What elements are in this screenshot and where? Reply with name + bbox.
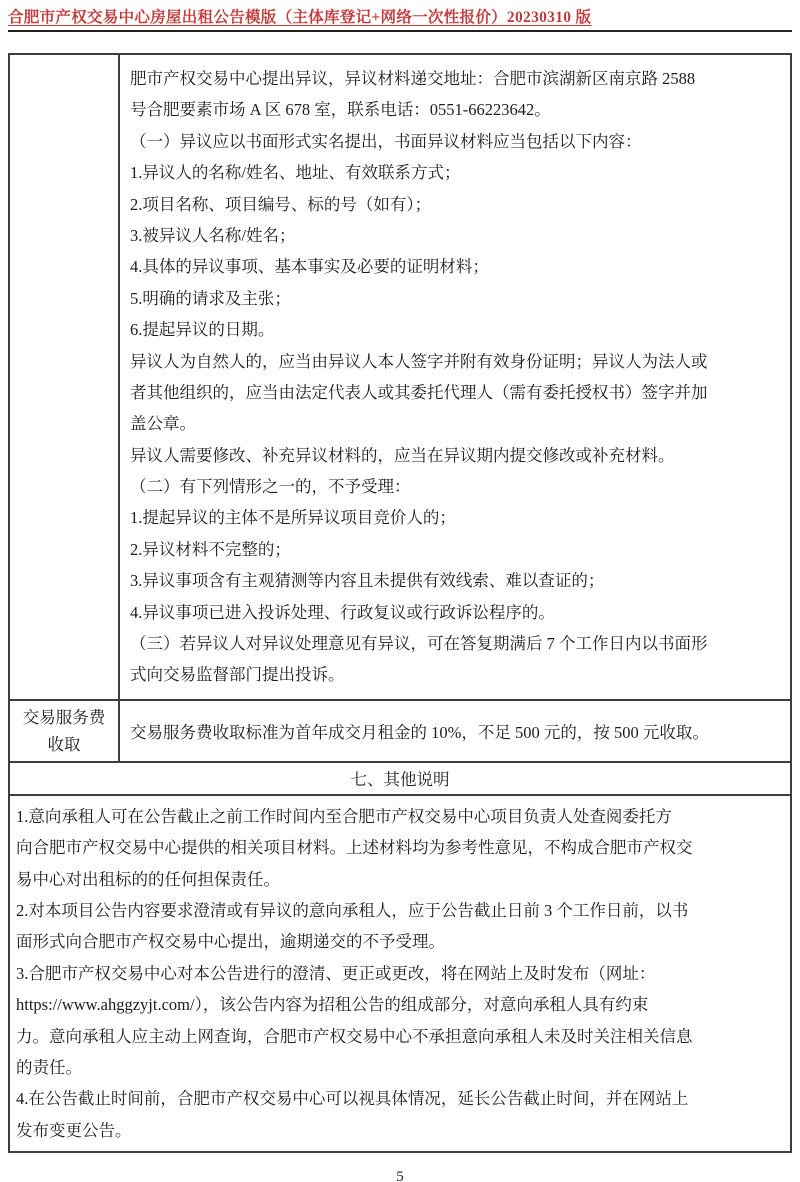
text-line: 盖公章。 bbox=[130, 408, 782, 439]
objection-label-cell bbox=[10, 55, 120, 699]
section-header-other-notes: 七、其他说明 bbox=[10, 763, 790, 796]
text-line: 2.项目名称、项目编号、标的号（如有）； bbox=[130, 189, 782, 220]
text-line: 3.被异议人名称/姓名； bbox=[130, 220, 782, 251]
text-line: 异议人为自然人的，应当由异议人本人签字并附有效身份证明；异议人为法人或 bbox=[130, 346, 782, 377]
text-line: 向合肥市产权交易中心提供的相关项目材料。上述材料均为参考性意见，不构成合肥市产权… bbox=[16, 832, 784, 863]
text-line: 面形式向合肥市产权交易中心提出，逾期递交的不予受理。 bbox=[16, 926, 784, 957]
text-line: 4.具体的异议事项、基本事实及必要的证明材料； bbox=[130, 251, 782, 282]
page-number: 5 bbox=[396, 1169, 404, 1182]
text-line: （一）异议应以书面形式实名提出，书面异议材料应当包括以下内容： bbox=[130, 126, 782, 157]
text-line: 力。意向承租人应主动上网查询，合肥市产权交易中心不承担意向承租人未及时关注相关信… bbox=[16, 1021, 784, 1052]
service-fee-label: 交易服务费收取 bbox=[10, 701, 120, 761]
table-row-service-fee: 交易服务费收取 交易服务费收取标准为首年成交月租金的 10%，不足 500 元的… bbox=[10, 701, 790, 763]
objection-content-cell: 肥市产权交易中心提出异议，异议材料递交地址：合肥市滨湖新区南京路 2588号合肥… bbox=[120, 55, 790, 699]
page-footer: 5 bbox=[0, 1169, 800, 1182]
text-line: 5.明确的请求及主张； bbox=[130, 283, 782, 314]
other-notes-cell: 1.意向承租人可在公告截止之前工作时间内至合肥市产权交易中心项目负责人处查阅委托… bbox=[10, 796, 790, 1151]
text-line: 的责任。 bbox=[16, 1052, 784, 1083]
announcement-title: 合肥市产权交易中心房屋出租公告模版（主体库登记+网络一次性报价）20230310… bbox=[8, 9, 591, 26]
text-line: 4.异议事项已进入投诉处理、行政复议或行政诉讼程序的。 bbox=[130, 597, 782, 628]
text-line: 2.异议材料不完整的； bbox=[130, 534, 782, 565]
text-line: 者其他组织的，应当由法定代表人或其委托代理人（需有委托授权书）签字并加 bbox=[130, 377, 782, 408]
text-line: 1.提起异议的主体不是所异议项目竞价人的； bbox=[130, 502, 782, 533]
announcement-table: 肥市产权交易中心提出异议，异议材料递交地址：合肥市滨湖新区南京路 2588号合肥… bbox=[8, 53, 792, 1153]
text-line: 4.在公告截止时间前，合肥市产权交易中心可以视具体情况，延长公告截止时间，并在网… bbox=[16, 1083, 784, 1114]
text-line: （二）有下列情形之一的，不予受理： bbox=[130, 471, 782, 502]
text-line: 发布变更公告。 bbox=[16, 1115, 784, 1146]
text-line: https://www.ahggzyjt.com/），该公告内容为招租公告的组成… bbox=[16, 989, 784, 1020]
text-line: 3.合肥市产权交易中心对本公告进行的澄清、更正或更改，将在网站上及时发布（网址： bbox=[16, 958, 784, 989]
text-line: 6.提起异议的日期。 bbox=[130, 314, 782, 345]
text-line: （三）若异议人对异议处理意见有异议，可在答复期满后 7 个工作日内以书面形 bbox=[130, 628, 782, 659]
table-row-objection: 肥市产权交易中心提出异议，异议材料递交地址：合肥市滨湖新区南京路 2588号合肥… bbox=[10, 55, 790, 701]
text-line: 号合肥要素市场 A 区 678 室，联系电话：0551-66223642。 bbox=[130, 94, 782, 125]
text-line: 异议人需要修改、补充异议材料的，应当在异议期内提交修改或补充材料。 bbox=[130, 440, 782, 471]
service-fee-content: 交易服务费收取标准为首年成交月租金的 10%，不足 500 元的，按 500 元… bbox=[120, 701, 790, 761]
text-line: 1.意向承租人可在公告截止之前工作时间内至合肥市产权交易中心项目负责人处查阅委托… bbox=[16, 801, 784, 832]
text-line: 易中心对出租标的的任何担保责任。 bbox=[16, 864, 784, 895]
text-line: 1.异议人的名称/姓名、地址、有效联系方式； bbox=[130, 157, 782, 188]
document-page: 合肥市产权交易中心房屋出租公告模版（主体库登记+网络一次性报价）20230310… bbox=[0, 0, 800, 1182]
text-line: 3.异议事项含有主观猜测等内容且未提供有效线索、难以查证的； bbox=[130, 565, 782, 596]
text-line: 式向交易监督部门提出投诉。 bbox=[130, 659, 782, 690]
text-line: 肥市产权交易中心提出异议，异议材料递交地址：合肥市滨湖新区南京路 2588 bbox=[130, 63, 782, 94]
document-header: 合肥市产权交易中心房屋出租公告模版（主体库登记+网络一次性报价）20230310… bbox=[8, 0, 792, 32]
text-line: 2.对本项目公告内容要求澄清或有异议的意向承租人，应于公告截止日前 3 个工作日… bbox=[16, 895, 784, 926]
